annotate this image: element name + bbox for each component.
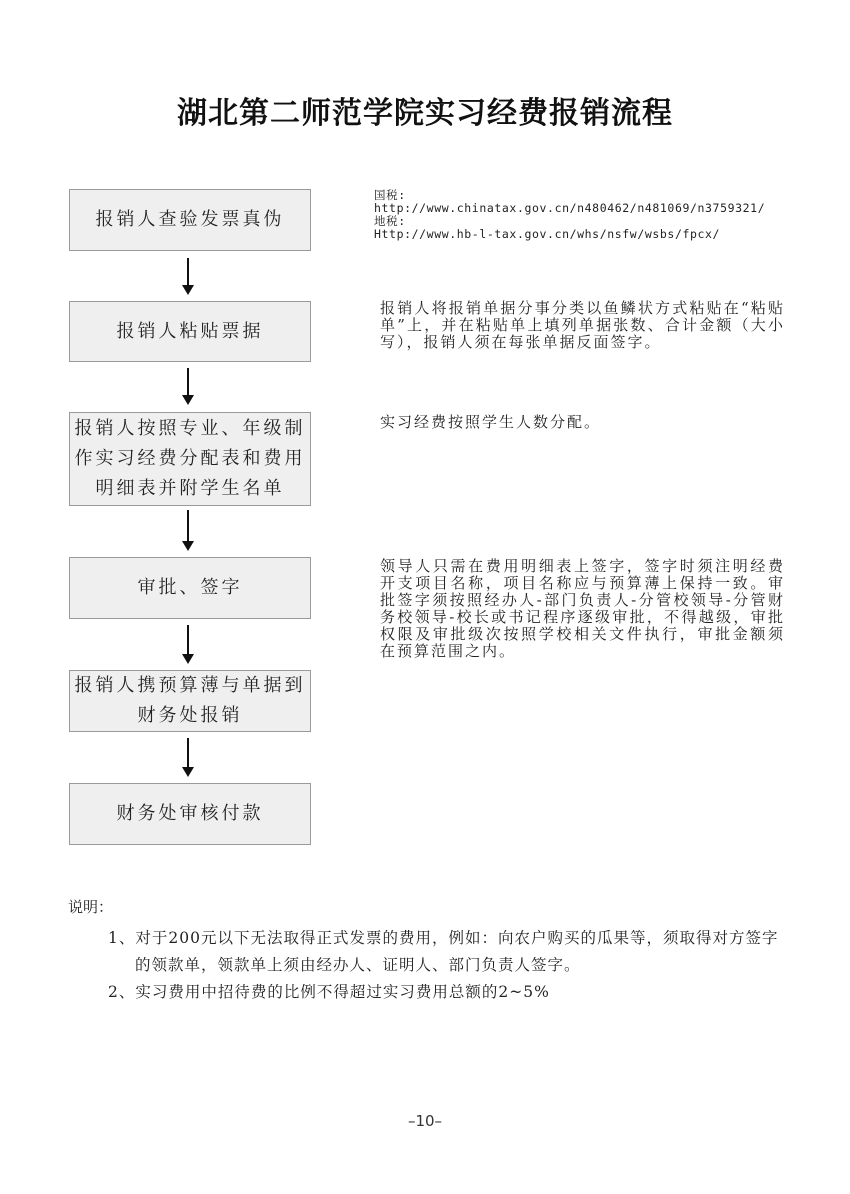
arrow-head — [182, 395, 194, 405]
arrow-down-icon — [184, 738, 192, 778]
remarks-section: 说明： 1、对于200元以下无法取得正式发票的费用，例如：向农户购买的瓜果等，须… — [68, 896, 788, 1006]
page-title: 湖北第二师范学院实习经费报销流程 — [0, 88, 850, 132]
remark-item: 1、对于200元以下无法取得正式发票的费用，例如：向农户购买的瓜果等，须取得对方… — [95, 925, 788, 979]
arrow-shaft — [187, 258, 189, 286]
paste-receipts-note: 报销人将报销单据分事分类以鱼鳞状方式粘贴在“粘贴单”上，并在粘贴单上填列单据张数… — [380, 300, 785, 351]
flow-step-paste-receipts: 报销人粘贴票据 — [69, 301, 311, 362]
arrow-down-icon — [184, 368, 192, 406]
local-tax-url[interactable]: Http://www.hb-l-tax.gov.cn/whs/nsfw/wsbs… — [374, 228, 779, 241]
tax-links-note: 国税: http://www.chinatax.gov.cn/n480462/n… — [374, 189, 779, 241]
arrow-shaft — [187, 368, 189, 396]
arrow-shaft — [187, 625, 189, 655]
arrow-down-icon — [184, 510, 192, 552]
flow-step-finance-payment: 财务处审核付款 — [69, 783, 311, 845]
arrow-shaft — [187, 738, 189, 768]
remarks-heading: 说明： — [68, 896, 788, 917]
remarks-list: 1、对于200元以下无法取得正式发票的费用，例如：向农户购买的瓜果等，须取得对方… — [68, 925, 788, 1006]
arrow-head — [182, 285, 194, 295]
page-number: –10– — [0, 1112, 850, 1130]
flow-step-verify-invoice: 报销人查验发票真伪 — [69, 189, 311, 251]
national-tax-url[interactable]: http://www.chinatax.gov.cn/n480462/n4810… — [374, 202, 779, 215]
flow-step-submit-finance: 报销人携预算薄与单据到财务处报销 — [69, 670, 311, 732]
arrow-down-icon — [184, 258, 192, 296]
flow-step-approve-sign: 审批、签字 — [69, 557, 311, 619]
arrow-head — [182, 767, 194, 777]
flow-step-prepare-tables: 报销人按照专业、年级制作实习经费分配表和费用明细表并附学生名单 — [69, 412, 311, 506]
arrow-head — [182, 654, 194, 664]
arrow-head — [182, 541, 194, 551]
allocation-note: 实习经费按照学生人数分配。 — [380, 414, 785, 431]
remark-item: 2、实习费用中招待费的比例不得超过实习费用总额的2~5% — [95, 979, 788, 1006]
arrow-down-icon — [184, 625, 192, 665]
arrow-shaft — [187, 510, 189, 542]
approval-note: 领导人只需在费用明细表上签字，签字时须注明经费开支项目名称，项目名称应与预算薄上… — [380, 558, 785, 660]
